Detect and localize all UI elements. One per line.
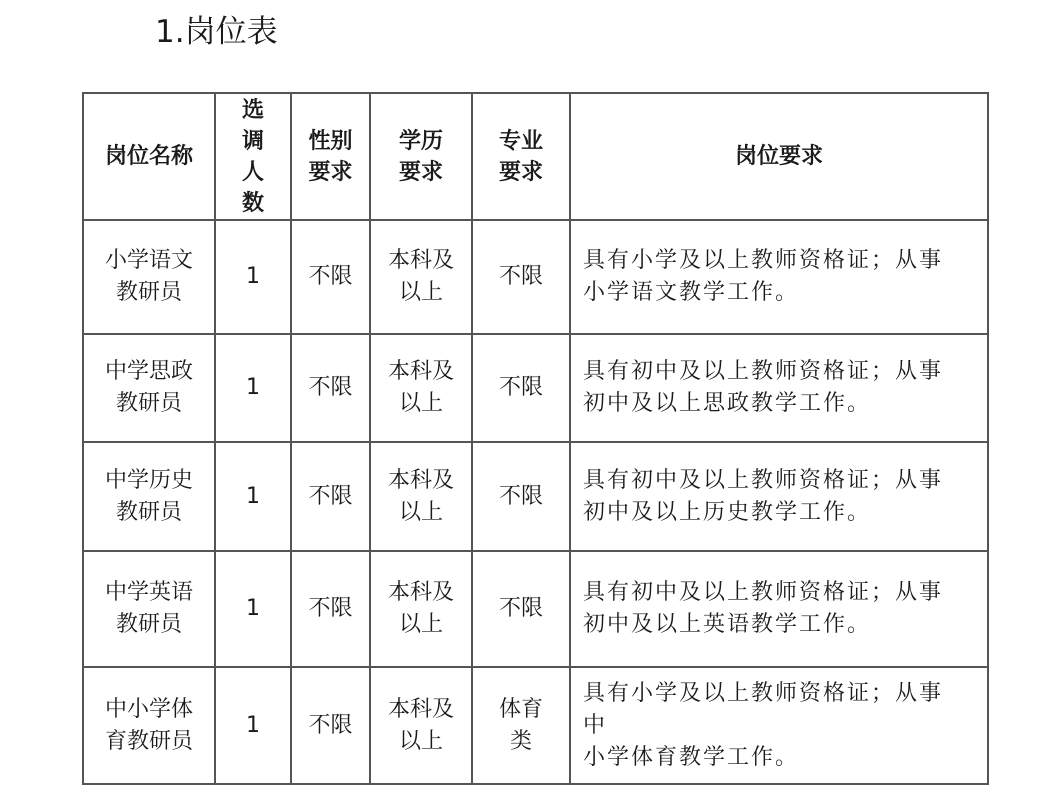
cell-major: 不限 <box>472 334 570 442</box>
cell-requirement: 具有初中及以上教师资格证；从事 初中及以上英语教学工作。 <box>570 551 988 667</box>
cell-education: 本科及 以上 <box>370 334 472 442</box>
header-major: 专业 要求 <box>472 93 570 220</box>
cell-education: 本科及 以上 <box>370 442 472 551</box>
header-requirement: 岗位要求 <box>570 93 988 220</box>
cell-headcount: 1 <box>215 334 291 442</box>
cell-requirement: 具有小学及以上教师资格证；从事 中 小学体育教学工作。 <box>570 667 988 784</box>
header-position-name: 岗位名称 <box>83 93 215 220</box>
cell-gender: 不限 <box>291 220 370 334</box>
cell-education: 本科及 以上 <box>370 667 472 784</box>
cell-position-name: 中学思政 教研员 <box>83 334 215 442</box>
table-row: 小学语文 教研员 1 不限 本科及 以上 不限 具有小学及以上教师资格证；从事 … <box>83 220 988 334</box>
table-row: 中学英语 教研员 1 不限 本科及 以上 不限 具有初中及以上教师资格证；从事 … <box>83 551 988 667</box>
table-row: 中学思政 教研员 1 不限 本科及 以上 不限 具有初中及以上教师资格证；从事 … <box>83 334 988 442</box>
cell-requirement: 具有初中及以上教师资格证；从事 初中及以上历史教学工作。 <box>570 442 988 551</box>
header-education: 学历 要求 <box>370 93 472 220</box>
cell-position-name: 小学语文 教研员 <box>83 220 215 334</box>
header-gender: 性别 要求 <box>291 93 370 220</box>
cell-requirement: 具有初中及以上教师资格证；从事 初中及以上思政教学工作。 <box>570 334 988 442</box>
cell-gender: 不限 <box>291 551 370 667</box>
cell-major: 不限 <box>472 442 570 551</box>
cell-position-name: 中小学体 育教研员 <box>83 667 215 784</box>
header-headcount: 选 调 人 数 <box>215 93 291 220</box>
cell-requirement: 具有小学及以上教师资格证；从事 小学语文教学工作。 <box>570 220 988 334</box>
cell-gender: 不限 <box>291 334 370 442</box>
cell-headcount: 1 <box>215 667 291 784</box>
table-header-row: 岗位名称 选 调 人 数 性别 要求 学历 要求 专业 要求 岗位要求 <box>83 93 988 220</box>
position-table: 岗位名称 选 调 人 数 性别 要求 学历 要求 专业 要求 岗位要求 小学语文… <box>82 92 989 785</box>
cell-major: 体育 类 <box>472 667 570 784</box>
cell-gender: 不限 <box>291 442 370 551</box>
cell-major: 不限 <box>472 220 570 334</box>
table-row: 中小学体 育教研员 1 不限 本科及 以上 体育 类 具有小学及以上教师资格证；… <box>83 667 988 784</box>
cell-headcount: 1 <box>215 551 291 667</box>
cell-headcount: 1 <box>215 442 291 551</box>
cell-education: 本科及 以上 <box>370 220 472 334</box>
cell-position-name: 中学历史 教研员 <box>83 442 215 551</box>
cell-major: 不限 <box>472 551 570 667</box>
cell-gender: 不限 <box>291 667 370 784</box>
cell-education: 本科及 以上 <box>370 551 472 667</box>
table-row: 中学历史 教研员 1 不限 本科及 以上 不限 具有初中及以上教师资格证；从事 … <box>83 442 988 551</box>
cell-position-name: 中学英语 教研员 <box>83 551 215 667</box>
cell-headcount: 1 <box>215 220 291 334</box>
page-title: 1.岗位表 <box>155 12 278 52</box>
